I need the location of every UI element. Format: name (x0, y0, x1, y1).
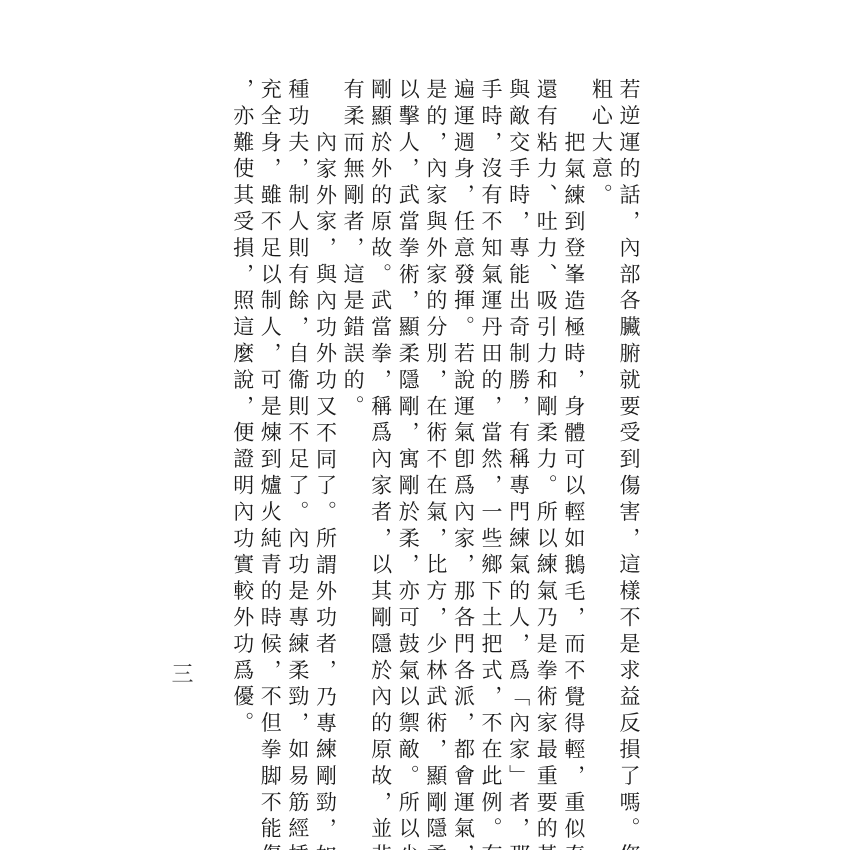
vertical-text-body: 若逆運的話，內部各臟腑就要受到傷害，這樣不是求益反損了嗎。您想運用氣功，千萬不可… (228, 78, 642, 790)
text-column: 與敵交手時，專能出奇制勝，有稱專門練氣的人，爲「內家」者，那錯了，凡是武術家練身 (504, 78, 532, 790)
text-column: 是的，內家與外家的分別，在術不在氣，比方，少林武術，顯剛隱柔，寓柔於剛，故可鼓氣 (421, 78, 449, 790)
page-number: 三 (165, 662, 196, 684)
text-column: 充全身，雖不足以制人，可是煉到爐火純青的時候，不但拳脚不能傷其毫髮，就用刀劈劍刺 (256, 78, 284, 790)
text-column: ，亦難使其受損，照這麼說，便證明內功實較外功爲優。 (228, 78, 256, 790)
text-column: 以擊人，武當拳術，顯柔隱剛，寓剛於柔，亦可鼓氣以禦敵。所以少林拳，稱外家拳，以其 (394, 78, 422, 790)
text-column: 有柔而無剛者，這是錯誤的。 (338, 78, 366, 790)
text-column: 剛顯於外的原故。武當拳，稱爲內家者，以其剛隱於內的原故，並非少林有剛而無柔，武當 (366, 78, 394, 790)
text-column-paragraph-start: 內家外家，與內功外功又不同了。所謂外功者，乃專練剛勁，如打馬鞍、鐵臂膊等，這 (311, 78, 339, 790)
text-column: 手時，沒有不知氣運丹田的，當然，一些鄉下土把式，不在此例。有的名家巨子，並能使氣 (476, 78, 504, 790)
book-page: 若逆運的話，內部各臟腑就要受到傷害，這樣不是求益反損了嗎。您想運用氣功，千萬不可… (0, 0, 850, 850)
text-column: 遍運週身，任意發揮。若說運氣卽爲內家，那各門各派，都會運氣，豈不全成了內家嗎，不 (449, 78, 477, 790)
text-column: 若逆運的話，內部各臟腑就要受到傷害，這樣不是求益反損了嗎。您想運用氣功，千萬不可 (614, 78, 642, 790)
text-column: 種功夫，制人則有餘，自衞則不足了。內功是專練柔勁，如易筋經捶揉等皆可行氣入膜，以 (283, 78, 311, 790)
text-column-paragraph-start: 把氣練到登峯造極時，身體可以輕如鵝毛，而不覺得輕，重似泰山，而不覺得重，並且 (559, 78, 587, 790)
text-column: 粗心大意。 (587, 78, 615, 790)
text-column: 還有粘力、吐力、吸引力和剛柔力。所以練氣乃是拳術家最重要的基本功夫。在武術方面， (532, 78, 560, 790)
